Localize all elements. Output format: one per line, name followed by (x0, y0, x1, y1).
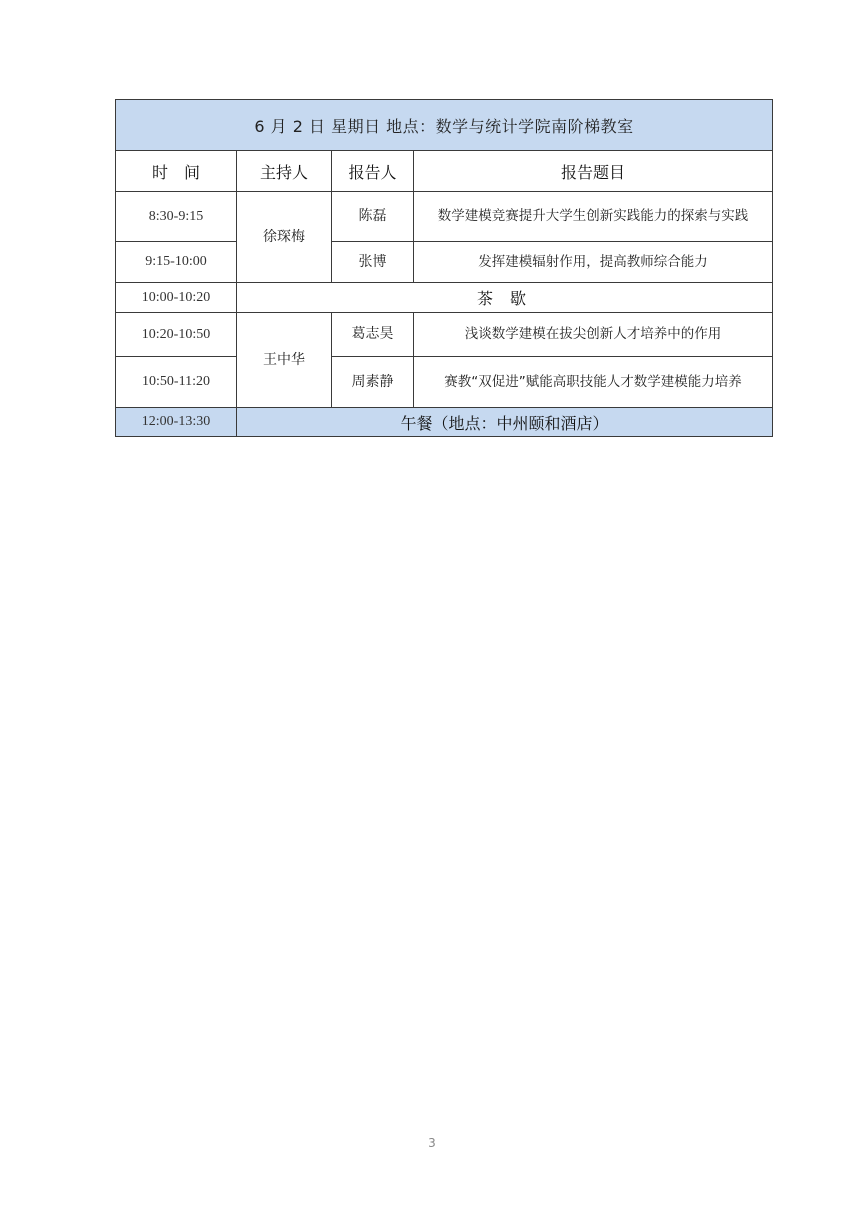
table-row: 10:20-10:50 王中华 葛志昊 浅谈数学建模在拔尖创新人才培养中的作用 (116, 313, 773, 357)
table-header-row: 时 间 主持人 报告人 报告题目 (116, 151, 773, 192)
table-row: 10:50-11:20 周素静 赛教“双促进”赋能高职技能人才数学建模能力培养 (116, 357, 773, 408)
tea-break-label: 茶 歇 (237, 283, 773, 313)
session-speaker: 葛志昊 (332, 313, 414, 357)
session-time: 10:50-11:20 (116, 357, 237, 408)
session-topic: 赛教“双促进”赋能高职技能人才数学建模能力培养 (414, 357, 773, 408)
lunch-label: 午餐（地点：中州颐和酒店） (237, 408, 773, 437)
table-title-row: 6 月 2 日 星期日 地点：数学与统计学院南阶梯教室 (116, 100, 773, 151)
header-topic: 报告题目 (414, 151, 773, 192)
table-row: 8:30-9:15 徐琛梅 陈磊 数学建模竞赛提升大学生创新实践能力的探索与实践 (116, 192, 773, 242)
session-time: 9:15-10:00 (116, 242, 237, 283)
header-speaker: 报告人 (332, 151, 414, 192)
header-host: 主持人 (237, 151, 332, 192)
header-time: 时 间 (116, 151, 237, 192)
lunch-time: 12:00-13:30 (116, 408, 237, 437)
session-speaker: 陈磊 (332, 192, 414, 242)
session-time: 10:20-10:50 (116, 313, 237, 357)
break-time: 10:00-10:20 (116, 283, 237, 313)
session-topic: 数学建模竞赛提升大学生创新实践能力的探索与实践 (414, 192, 773, 242)
session-host: 徐琛梅 (237, 192, 332, 283)
table-title: 6 月 2 日 星期日 地点：数学与统计学院南阶梯教室 (116, 100, 773, 151)
page-number: 3 (0, 1136, 864, 1150)
session-host: 王中华 (237, 313, 332, 408)
schedule-table: 6 月 2 日 星期日 地点：数学与统计学院南阶梯教室 时 间 主持人 报告人 … (115, 99, 773, 437)
tea-break-row: 10:00-10:20 茶 歇 (116, 283, 773, 313)
document-page: 6 月 2 日 星期日 地点：数学与统计学院南阶梯教室 时 间 主持人 报告人 … (0, 0, 864, 1222)
lunch-row: 12:00-13:30 午餐（地点：中州颐和酒店） (116, 408, 773, 437)
session-topic: 发挥建模辐射作用，提高教师综合能力 (414, 242, 773, 283)
session-speaker: 周素静 (332, 357, 414, 408)
session-speaker: 张博 (332, 242, 414, 283)
table-row: 9:15-10:00 张博 发挥建模辐射作用，提高教师综合能力 (116, 242, 773, 283)
session-topic: 浅谈数学建模在拔尖创新人才培养中的作用 (414, 313, 773, 357)
session-time: 8:30-9:15 (116, 192, 237, 242)
